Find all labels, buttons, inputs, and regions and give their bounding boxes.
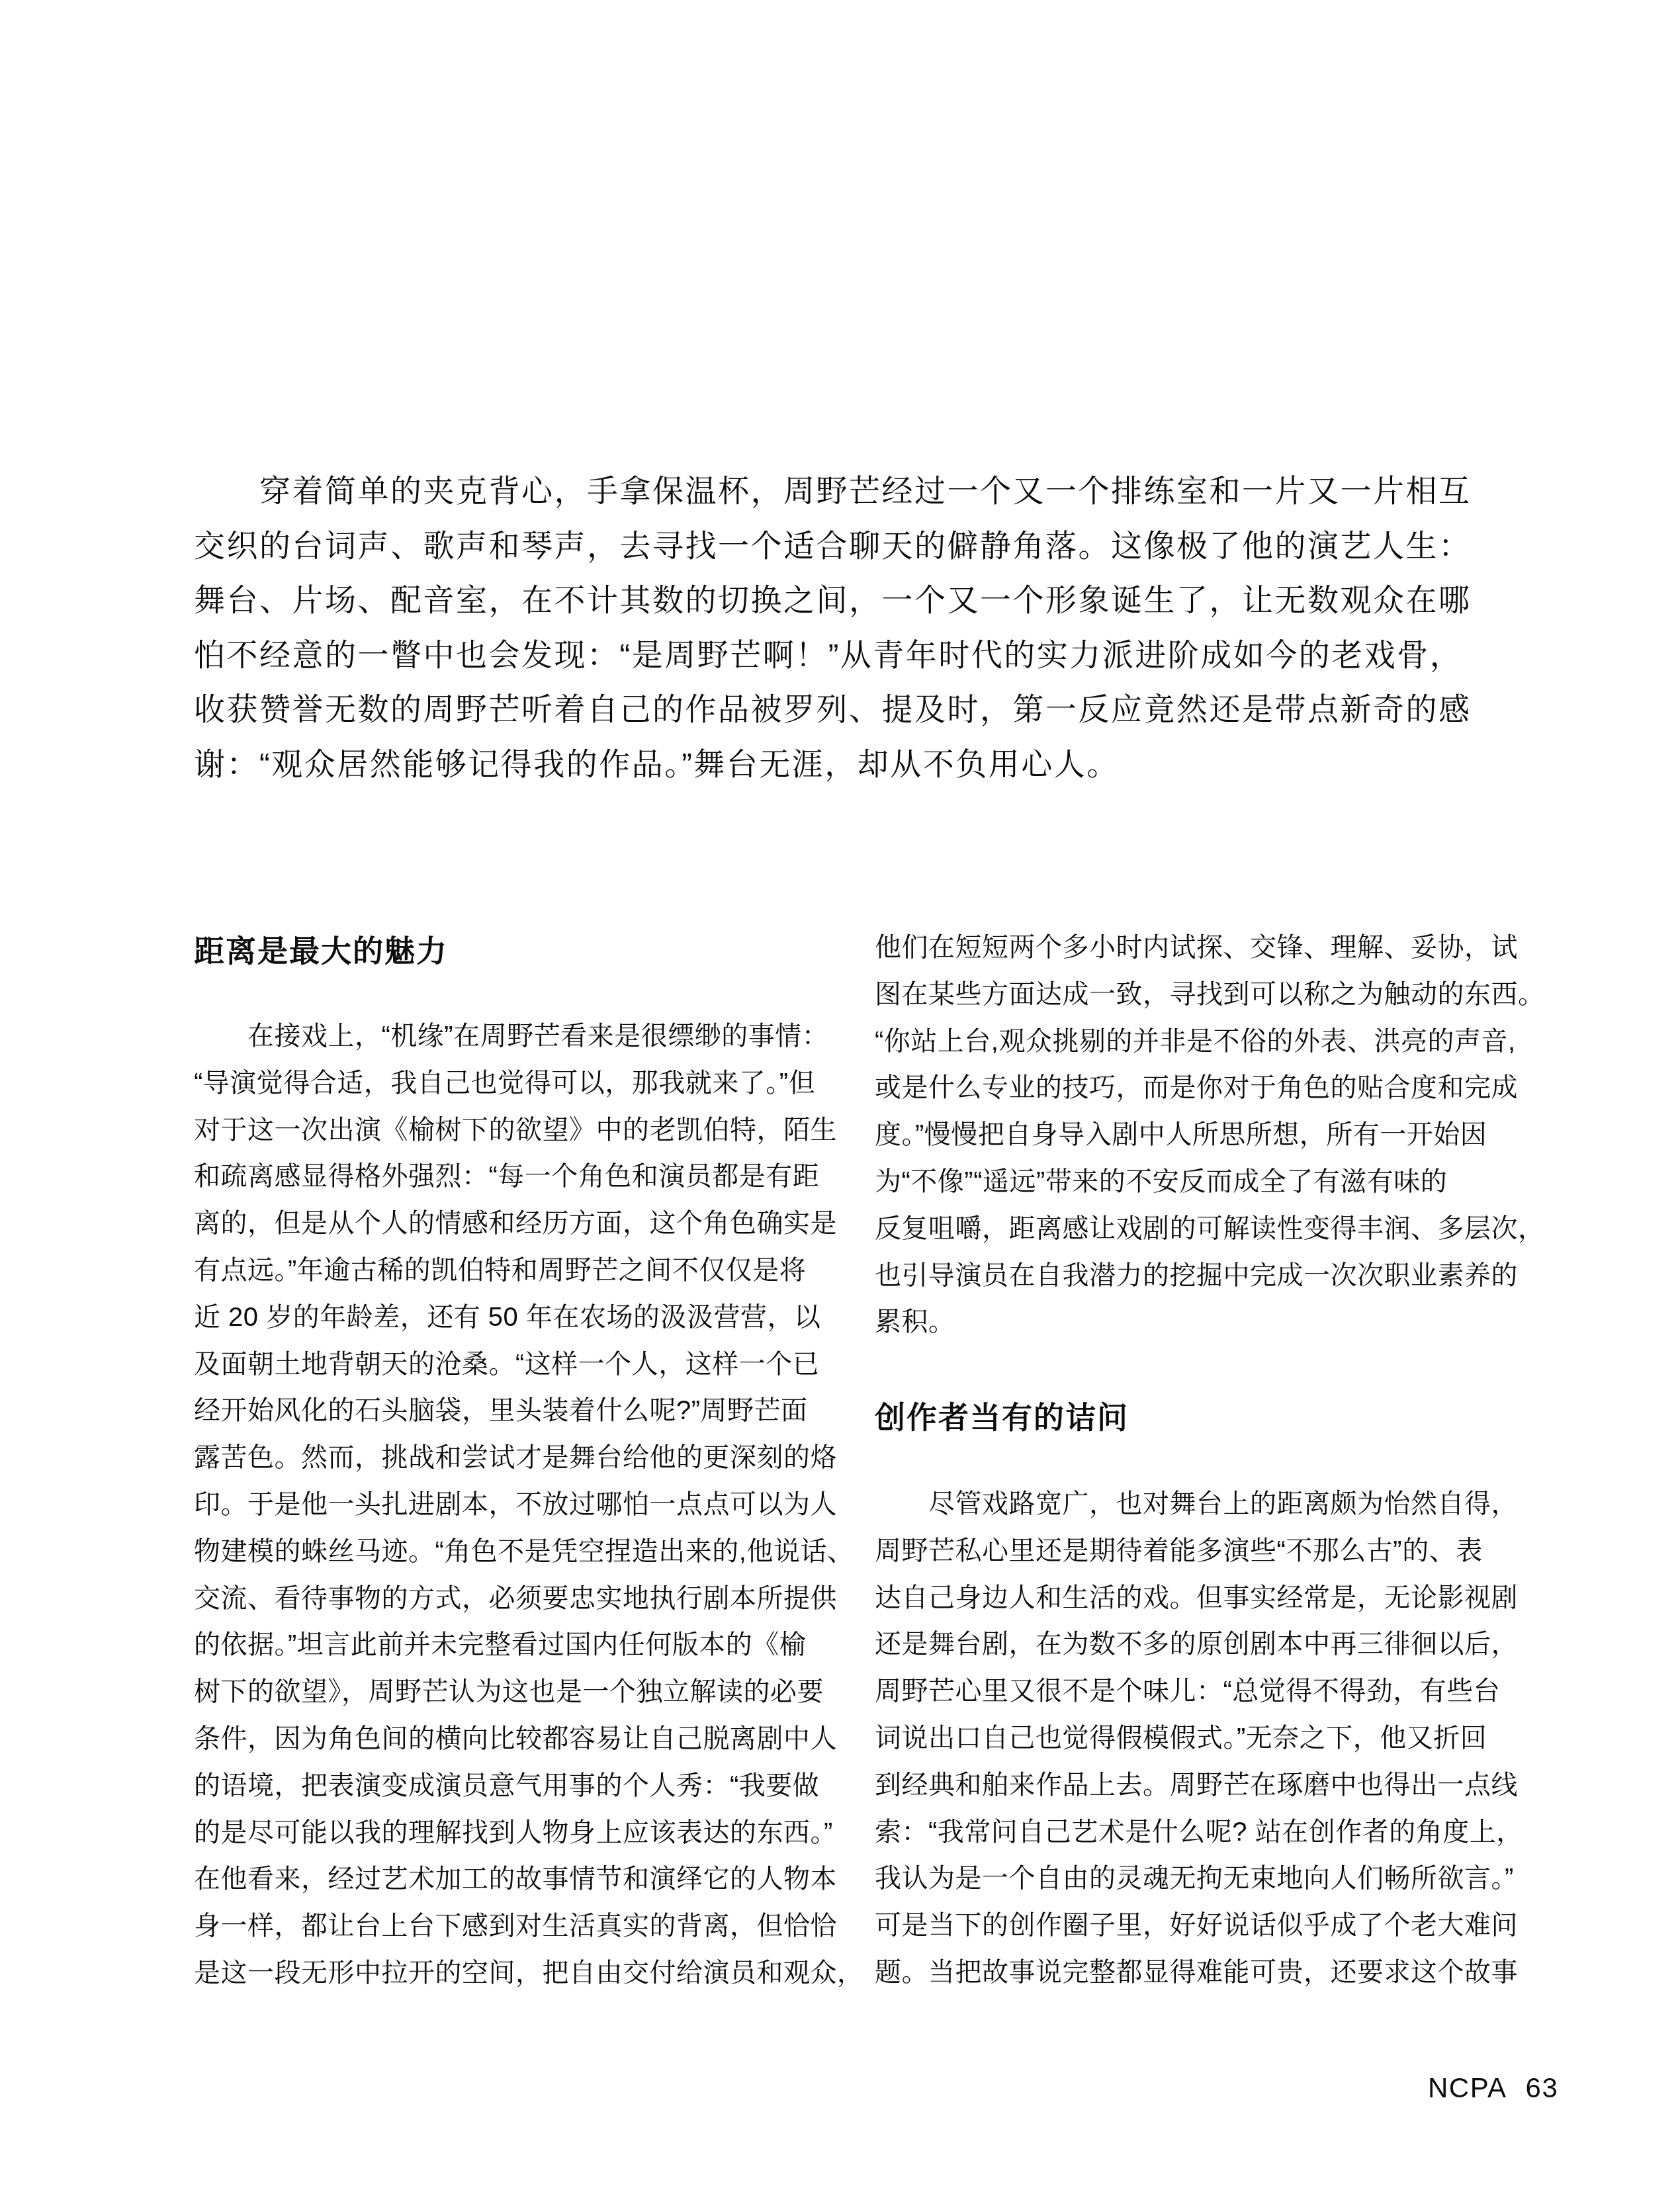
body-line: 反复咀嚼，距离感让戏剧的可解读性变得丰润、多层次， — [875, 1205, 1526, 1252]
magazine-page: 穿着简单的夹克背心，手拿保温杯，周野芒经过一个又一个排练室和一片又一片相互交织的… — [0, 0, 1680, 2188]
body-line: 交流、看待事物的方式，必须要忠实地执行剧本所提供 — [194, 1575, 846, 1622]
body-line: 露苦色。然而，挑战和尝试才是舞台给他的更深刻的烙 — [194, 1434, 846, 1481]
body-line: 物建模的蛛丝马迹。“角色不是凭空捏造出来的,他说话、 — [194, 1528, 846, 1575]
body-line: “你站上台,观众挑剔的并非是不俗的外表、洪亮的声音, — [875, 1018, 1526, 1065]
body-line: 为“不像”“遥远”带来的不安反而成全了有滋有味的 — [875, 1159, 1526, 1205]
intro-line: 谢：“观众居然能够记得我的作品。”舞台无涯，却从不负用心人。 — [194, 737, 1491, 792]
body-line: 在他看来，经过艺术加工的故事情节和演绎它的人物本 — [194, 1856, 846, 1903]
right-column-section2: 尽管戏路宽广，也对舞台上的距离颇为怡然自得，周野芒私心里还是期待着能多演些“不那… — [875, 1481, 1526, 1996]
journal-name: NCPA — [1428, 2072, 1507, 2103]
body-line: 身一样，都让台上台下感到对生活真实的背离，但恰恰 — [194, 1903, 846, 1950]
body-line: 有点远。”年逾古稀的凯伯特和周野芒之间不仅仅是将 — [194, 1247, 846, 1294]
body-line: 达自己身边人和生活的戏。但事实经常是，无论影视剧 — [875, 1575, 1526, 1622]
body-line: 度。”慢慢把自身导入剧中人所思所想，所有一开始因 — [875, 1112, 1526, 1159]
body-line: 到经典和舶来作品上去。周野芒在琢磨中也得出一点线 — [875, 1762, 1526, 1809]
section-heading-distance: 距离是最大的魅力 — [194, 927, 448, 971]
body-line: 是这一段无形中拉开的空间，把自由交付给演员和观众， — [194, 1950, 846, 1997]
body-line: 印。于是他一头扎进剧本，不放过哪怕一点点可以为人 — [194, 1481, 846, 1528]
body-line: “导演觉得合适，我自己也觉得可以，那我就来了。”但 — [194, 1060, 846, 1107]
body-line: 我认为是一个自由的灵魂无拘无束地向人们畅所欲言。” — [875, 1855, 1526, 1902]
body-line: 近 20 岁的年龄差，还有 50 年在农场的汲汲营营，以 — [194, 1294, 846, 1341]
body-line: 对于这一次出演《榆树下的欲望》中的老凯伯特，陌生 — [194, 1107, 846, 1154]
body-line: 索：“我常问自己艺术是什么呢? 站在创作者的角度上， — [875, 1809, 1526, 1856]
body-line: 或是什么专业的技巧，而是你对于角色的贴合度和完成 — [875, 1065, 1526, 1112]
body-line: 图在某些方面达成一致，寻找到可以称之为触动的东西。 — [875, 971, 1526, 1018]
body-line: 离的，但是从个人的情感和经历方面，这个角色确实是 — [194, 1200, 846, 1247]
body-line: 可是当下的创作圈子里，好好说话似乎成了个老大难问 — [875, 1902, 1526, 1949]
body-line: 题。当把故事说完整都显得难能可贵，还要求这个故事 — [875, 1949, 1526, 1996]
intro-line: 交织的台词声、歌声和琴声，去寻找一个适合聊天的僻静角落。这像极了他的演艺人生： — [194, 519, 1491, 574]
right-column-section1: 他们在短短两个多小时内试探、交锋、理解、妥协，试图在某些方面达成一致，寻找到可以… — [875, 924, 1526, 1346]
section-heading-creator: 创作者当有的诘问 — [875, 1393, 1129, 1437]
intro-line: 怕不经意的一瞥中也会发现：“是周野芒啊！”从青年时代的实力派进阶成如今的老戏骨， — [194, 628, 1491, 683]
body-line: 周野芒私心里还是期待着能多演些“不那么古”的、表 — [875, 1528, 1526, 1575]
body-line: 累积。 — [875, 1299, 1526, 1346]
body-line: 还是舞台剧，在为数不多的原创剧本中再三徘徊以后， — [875, 1621, 1526, 1668]
body-line: 的依据。”坦言此前并未完整看过国内任何版本的《榆 — [194, 1622, 846, 1669]
left-column-body: 在接戏上，“机缘”在周野芒看来是很缥缈的事情：“导演觉得合适，我自己也觉得可以，… — [194, 1013, 846, 1997]
intro-line: 收获赞誉无数的周野芒听着自己的作品被罗列、提及时，第一反应竟然还是带点新奇的感 — [194, 682, 1491, 737]
page-footer: NCPA63 — [1428, 2072, 1558, 2104]
body-line: 尽管戏路宽广，也对舞台上的距离颇为怡然自得， — [875, 1481, 1526, 1528]
body-line: 周野芒心里又很不是个味儿：“总觉得不得劲，有些台 — [875, 1668, 1526, 1715]
body-line: 他们在短短两个多小时内试探、交锋、理解、妥协，试 — [875, 924, 1526, 971]
body-line: 和疏离感显得格外强烈：“每一个角色和演员都是有距 — [194, 1153, 846, 1200]
body-line: 在接戏上，“机缘”在周野芒看来是很缥缈的事情： — [194, 1013, 846, 1060]
body-line: 经开始风化的石头脑袋，里头装着什么呢?”周野芒面 — [194, 1387, 846, 1434]
body-line: 条件，因为角色间的横向比较都容易让自己脱离剧中人 — [194, 1716, 846, 1763]
body-line: 树下的欲望》，周野芒认为这也是一个独立解读的必要 — [194, 1669, 846, 1716]
intro-line: 穿着简单的夹克背心，手拿保温杯，周野芒经过一个又一个排练室和一片又一片相互 — [194, 464, 1491, 519]
page-number: 63 — [1526, 2072, 1559, 2103]
body-line: 及面朝土地背朝天的沧桑。“这样一个人，这样一个已 — [194, 1341, 846, 1388]
intro-line: 舞台、片场、配音室，在不计其数的切换之间，一个又一个形象诞生了，让无数观众在哪 — [194, 573, 1491, 628]
body-line: 的语境，把表演变成演员意气用事的个人秀：“我要做 — [194, 1763, 846, 1810]
body-line: 的是尽可能以我的理解找到人物身上应该表达的东西。” — [194, 1810, 846, 1857]
intro-paragraph: 穿着简单的夹克背心，手拿保温杯，周野芒经过一个又一个排练室和一片又一片相互交织的… — [194, 464, 1491, 791]
body-line: 也引导演员在自我潜力的挖掘中完成一次次职业素养的 — [875, 1252, 1526, 1299]
body-line: 词说出口自己也觉得假模假式。”无奈之下，他又折回 — [875, 1715, 1526, 1762]
